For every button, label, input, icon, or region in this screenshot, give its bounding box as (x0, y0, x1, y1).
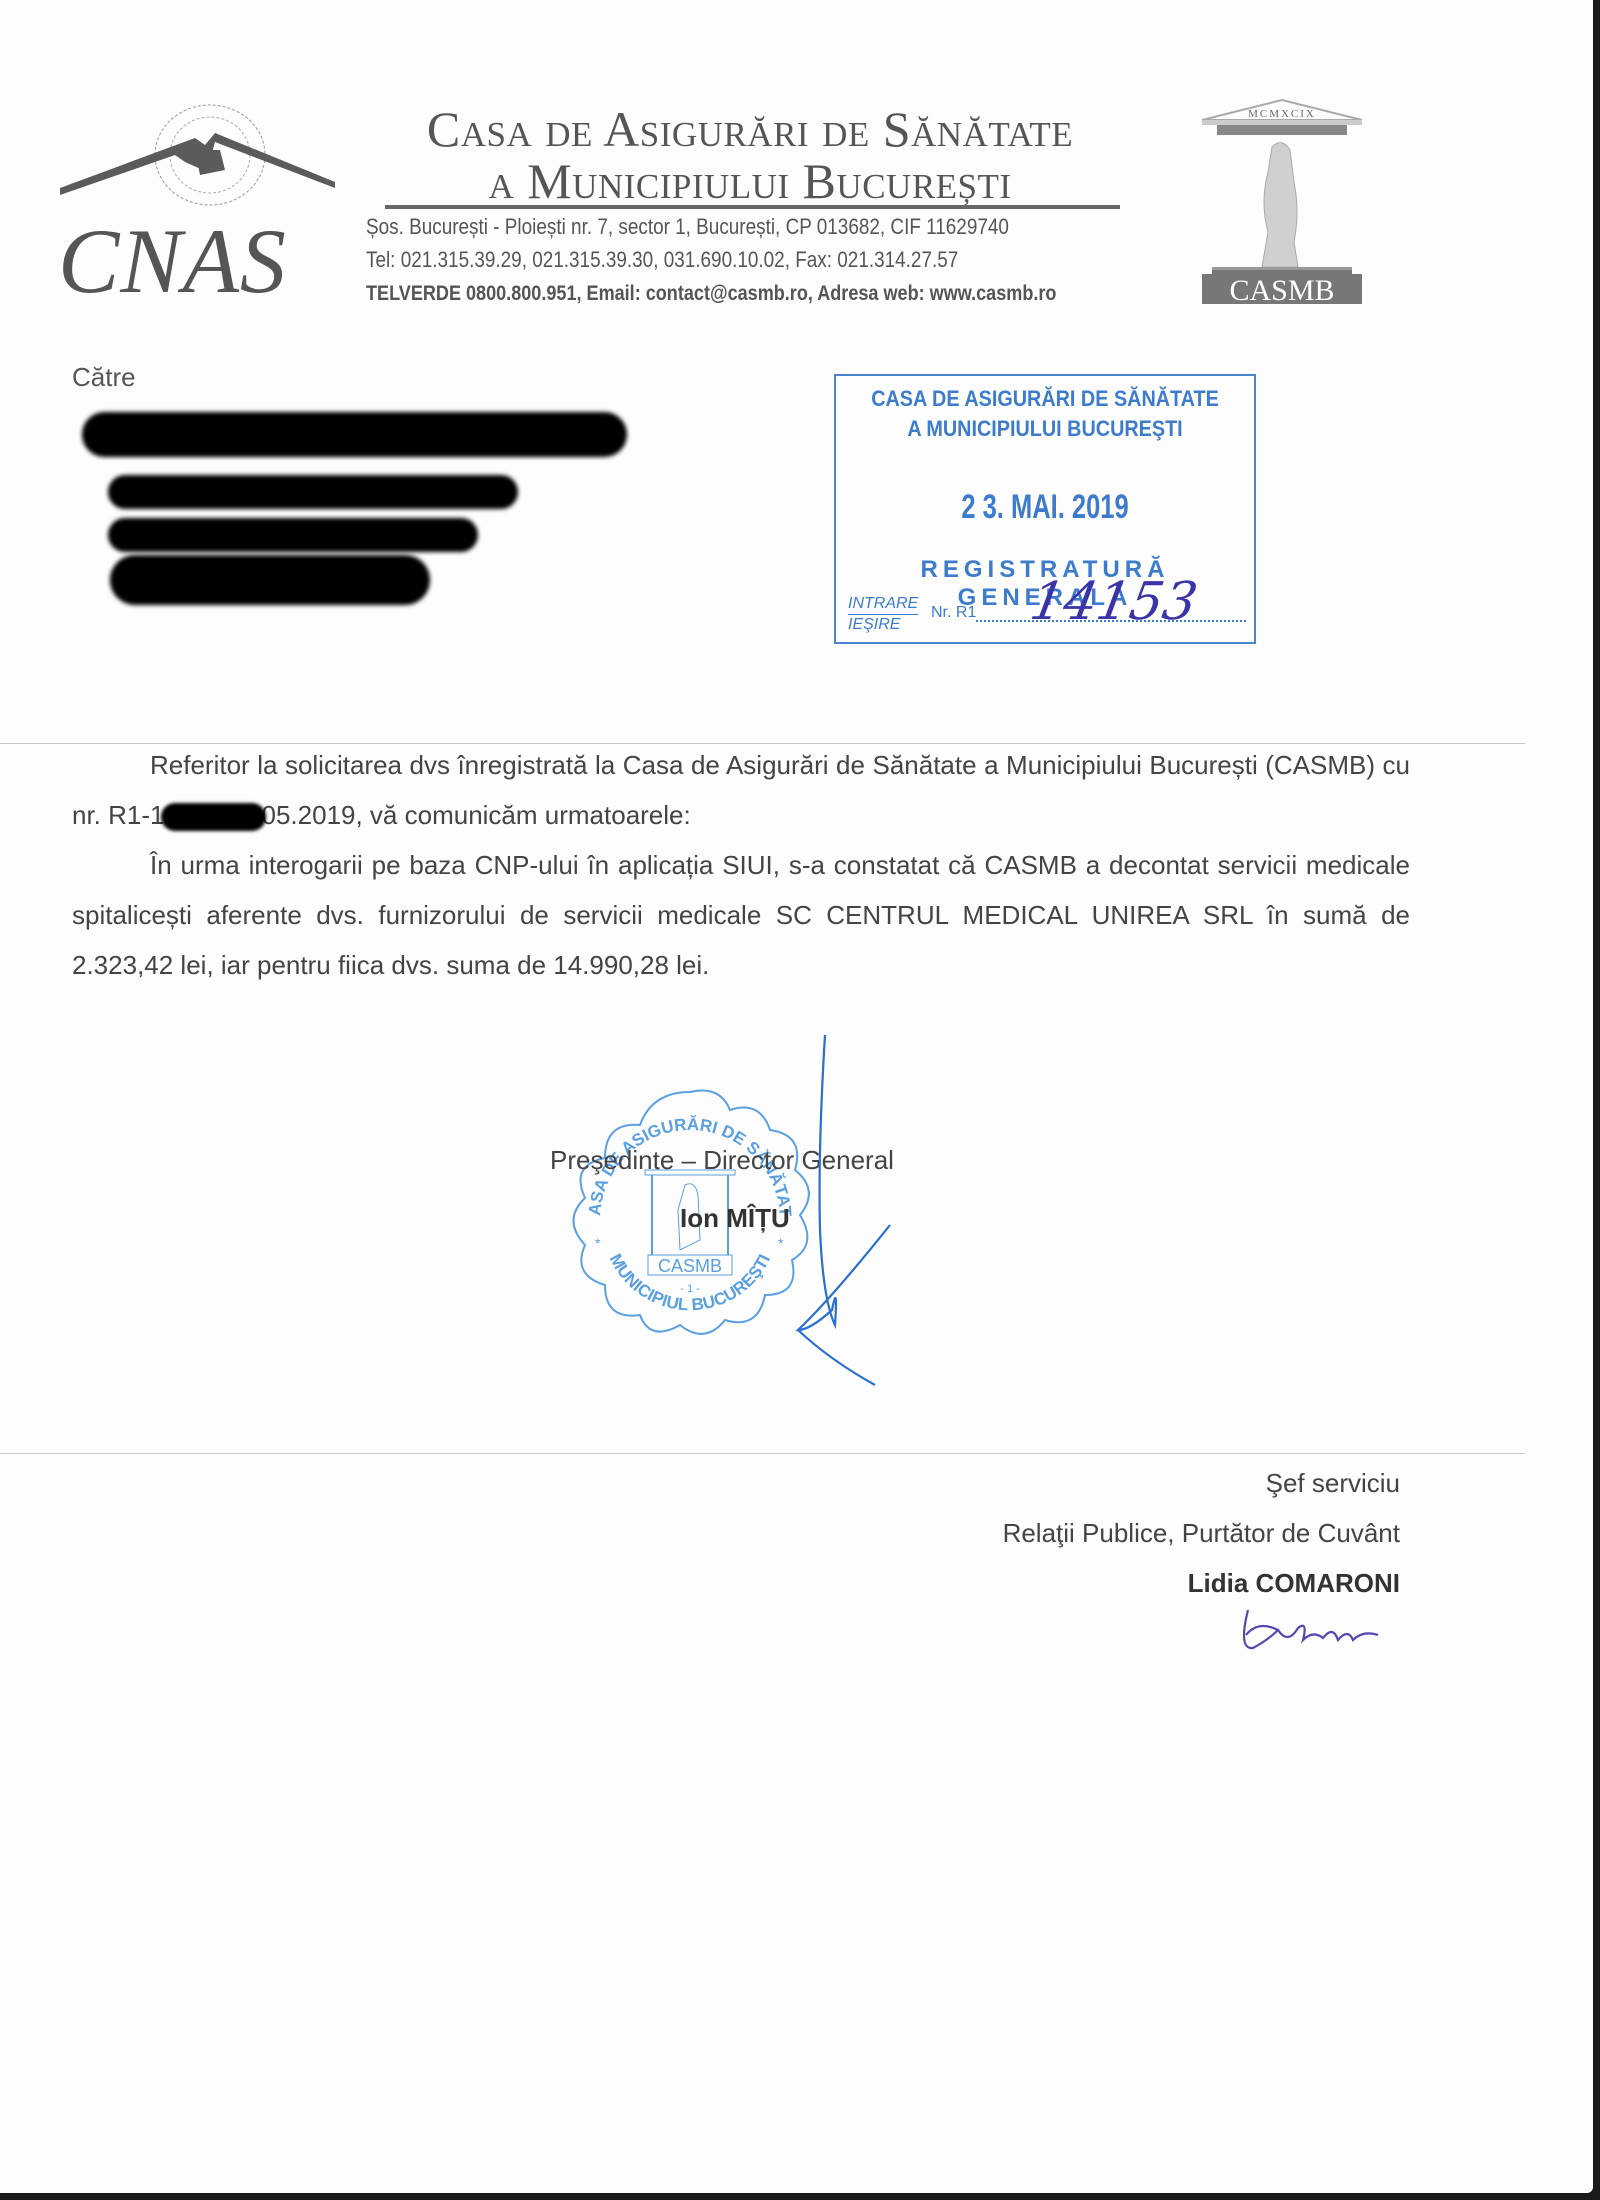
svg-text:CASMB: CASMB (658, 1256, 722, 1276)
redacted-address-line3 (110, 555, 430, 605)
stamp-handwritten-number: 14153 (1026, 572, 1202, 632)
redacted-request-number (161, 803, 266, 831)
document-page: CNAS Casa de Asigurări de Sănătate a Mun… (0, 0, 1593, 2193)
chief-role-title: Şef serviciu (1266, 1468, 1400, 1499)
fold-line (0, 1453, 1525, 1454)
stamp-direction: INTRARE IEŞIRE (848, 594, 918, 634)
org-title-line2: a Municipiului București (360, 156, 1140, 206)
stamp-line2: A MUNICIPIULUI BUCUREŞTI (857, 416, 1233, 442)
redacted-address-line2 (108, 518, 478, 552)
phone-line: Tel: 021.315.39.29, 021.315.39.30, 031.6… (366, 247, 958, 273)
stamp-nr-label: Nr. R1 (931, 604, 976, 622)
svg-text:- 1 -: - 1 - (680, 1283, 700, 1295)
director-signature-icon (790, 1030, 900, 1390)
redacted-address-line1 (108, 475, 518, 509)
stamp-date: 2 3. MAI. 2019 (888, 488, 1202, 527)
svg-text:MCMXCIX: MCMXCIX (1248, 108, 1316, 120)
recipient-label: Către (72, 362, 136, 393)
address-line: Șos. București - Ploiești nr. 7, sector … (366, 214, 1009, 240)
cnas-wordmark: CNAS (58, 215, 287, 307)
organization-title: Casa de Asigurări de Sănătate a Municipi… (360, 104, 1140, 206)
org-title-line1: Casa de Asigurări de Sănătate (360, 104, 1140, 154)
svg-text:*: * (595, 1235, 601, 1251)
chief-name: Lidia COMARONI (1188, 1568, 1400, 1599)
svg-text:*: * (778, 1235, 784, 1251)
casmb-logo-icon: MCMXCIX CASMB (1182, 92, 1382, 304)
stamp-direction-in: INTRARE (848, 594, 918, 615)
stamp-line1: CASA DE ASIGURĂRI DE SĂNĂTATE (857, 386, 1233, 412)
registry-stamp: CASA DE ASIGURĂRI DE SĂNĂTATE A MUNICIPI… (834, 374, 1256, 644)
svg-text:CASMB: CASMB (1229, 274, 1334, 304)
body-paragraph-1: Referitor la solicitarea dvs înregistrat… (72, 740, 1410, 840)
chief-signature-icon (1238, 1600, 1388, 1660)
header-divider (385, 205, 1120, 209)
stamp-direction-out: IEŞIRE (848, 616, 900, 633)
letter-body: Referitor la solicitarea dvs înregistrat… (72, 740, 1410, 990)
body-paragraph-2: În urma interogarii pe baza CNP-ului în … (72, 840, 1410, 990)
chief-department: Relaţii Publice, Purtător de Cuvânt (1003, 1518, 1400, 1549)
director-name: Ion MÎȚU (680, 1203, 790, 1234)
redacted-recipient-name (82, 412, 627, 457)
telverde-line: TELVERDE 0800.800.951, Email: contact@ca… (366, 282, 1056, 306)
